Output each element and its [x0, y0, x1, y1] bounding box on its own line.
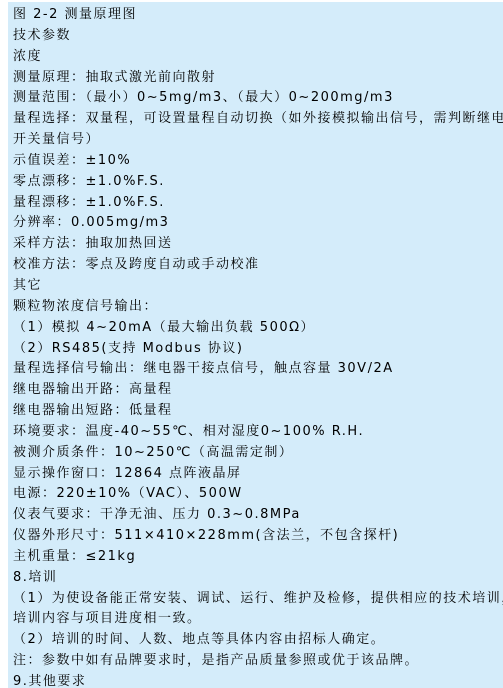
figure-caption: 图 2-2 测量原理图: [13, 5, 503, 26]
text-line-analog-output: （1）模拟 4~20mA（最大输出负载 500Ω）: [13, 318, 503, 339]
text-line-training-item1-wrap: 培训内容与项目进度相一致。: [13, 609, 503, 630]
subsection-other: 其它: [13, 276, 503, 297]
text-line-relay-open: 继电器输出开路：高量程: [13, 380, 503, 401]
section-heading-training: 8.培训: [13, 568, 503, 589]
text-line-range-selection: 量程选择：双量程，可设置量程自动切换（如外接模拟输出信号，需判断继电器: [13, 109, 503, 130]
document-page: 图 2-2 测量原理图 技术参数 浓度 测量原理：抽取式激光前向散射 测量范围：…: [0, 0, 503, 688]
text-line-measurement-principle: 测量原理：抽取式激光前向散射: [13, 68, 503, 89]
text-line-relay-short: 继电器输出短路：低量程: [13, 401, 503, 422]
text-line-power-supply: 电源：220±10%（VAC）、500W: [13, 484, 503, 505]
text-line-resolution: 分辨率：0.005mg/m3: [13, 213, 503, 234]
text-line-range-selection-wrap: 开关量信号）: [13, 130, 503, 151]
text-line-zero-drift: 零点漂移：±1.0%F.S.: [13, 172, 503, 193]
text-line-weight: 主机重量：≤21kg: [13, 547, 503, 568]
text-line-medium-condition: 被测介质条件：10~250℃（高温需定制）: [13, 443, 503, 464]
text-line-environment: 环境要求：温度-40~55℃、相对湿度0~100% R.H.: [13, 422, 503, 443]
text-line-rs485-output: （2）RS485(支持 Modbus 协议): [13, 339, 503, 360]
text-line-display-window: 显示操作窗口：12864 点阵液晶屏: [13, 464, 503, 485]
text-line-training-item2: （2）培训的时间、人数、地点等具体内容由招标人确定。: [13, 630, 503, 651]
text-line-measurement-range: 测量范围：（最小）0~5mg/m3、（最大）0~200mg/m3: [13, 88, 503, 109]
highlighted-text-block: 图 2-2 测量原理图 技术参数 浓度 测量原理：抽取式激光前向散射 测量范围：…: [8, 2, 503, 688]
text-line-brand-note: 注：参数中如有品牌要求时，是指产品质量参照或优于该品牌。: [13, 651, 503, 672]
text-line-training-item1: （1）为使设备能正常安装、调试、运行、维护及检修，提供相应的技术培训，: [13, 589, 503, 610]
text-line-calibration-method: 校准方法：零点及跨度自动或手动校准: [13, 255, 503, 276]
text-line-span-drift: 量程漂移：±1.0%F.S.: [13, 193, 503, 214]
section-heading-other-requirements: 9.其他要求: [13, 672, 503, 688]
text-line-indication-error: 示值误差：±10%: [13, 151, 503, 172]
subsection-concentration: 浓度: [13, 47, 503, 68]
text-line-sampling-method: 采样方法：抽取加热回送: [13, 234, 503, 255]
section-heading-tech-params: 技术参数: [13, 26, 503, 47]
text-line-range-signal-output: 量程选择信号输出：继电器干接点信号，触点容量 30V/2A: [13, 359, 503, 380]
text-line-dimensions: 仪器外形尺寸：511×410×228mm(含法兰，不包含探杆): [13, 526, 503, 547]
text-line-instrument-air: 仪表气要求：干净无油、压力 0.3~0.8MPa: [13, 505, 503, 526]
text-line-signal-output-heading: 颗粒物浓度信号输出：: [13, 297, 503, 318]
